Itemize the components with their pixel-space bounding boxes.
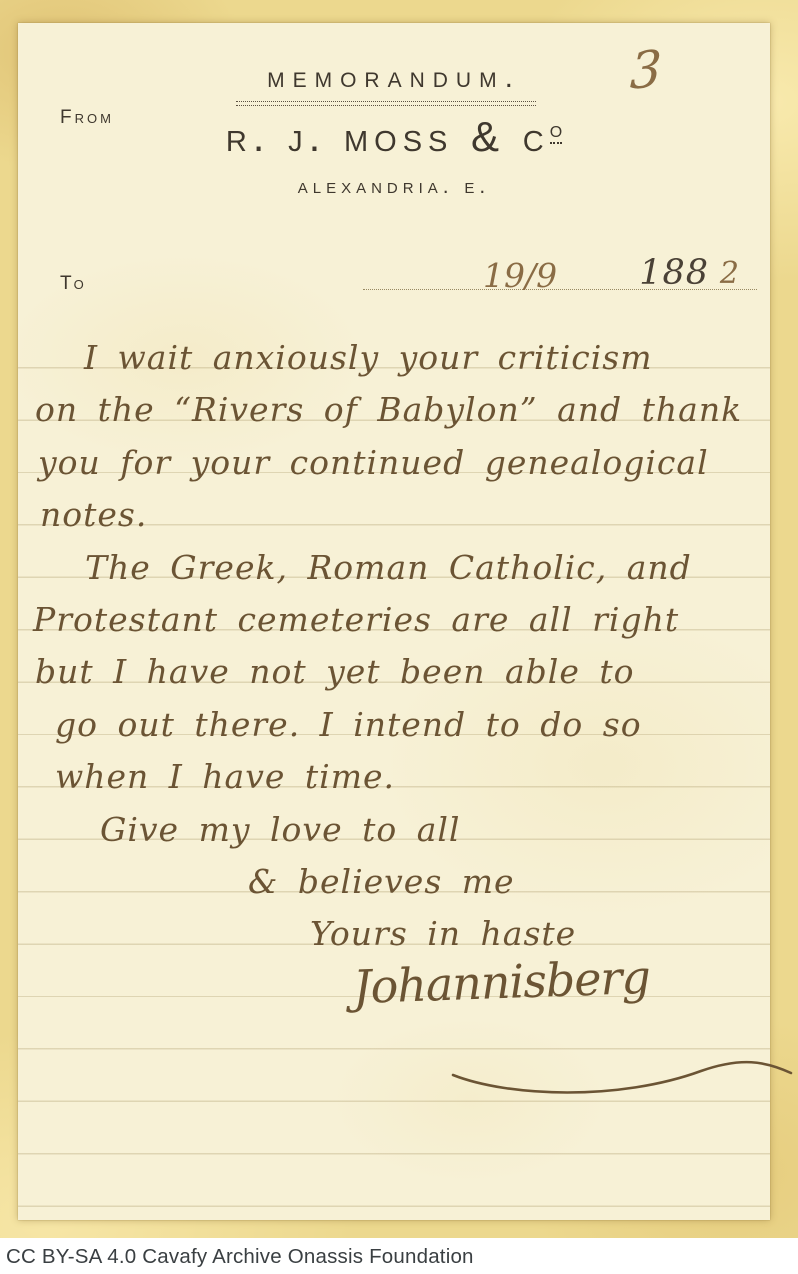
- letter-line: but I have not yet been able to: [35, 647, 770, 699]
- license-caption: CC BY-SA 4.0 Cavafy Archive Onassis Foun…: [6, 1238, 474, 1274]
- signature-flourish-stroke: [449, 1047, 798, 1107]
- company-name-text: R. J. Moss & C: [226, 113, 550, 160]
- letter-line: go out there. I intend to do so: [55, 700, 770, 752]
- letterhead-title-rule: [236, 101, 536, 106]
- page-number-annotation: 3: [629, 39, 663, 101]
- caption-bar: CC BY-SA 4.0 Cavafy Archive Onassis Foun…: [0, 1238, 798, 1274]
- letter-line: on the “Rivers of Babylon” and thank: [35, 385, 770, 437]
- date-day-month: 19/9: [483, 256, 557, 295]
- company-name: R. J. Moss & Co: [18, 113, 770, 161]
- scan-viewer: Memorandum. From R. J. Moss & Co Alexand…: [0, 0, 798, 1274]
- letter-line: Protestant cemeteries are all right: [33, 595, 770, 647]
- letter-line: you for your continued genealogical: [38, 438, 770, 490]
- to-label: To: [60, 273, 86, 295]
- signature: Johannisberg: [353, 955, 763, 1125]
- letter-line: & believes me: [248, 857, 770, 909]
- date-line: 19/9 188 2: [363, 245, 757, 290]
- letter-body: I wait anxiously your criticism on the “…: [18, 333, 770, 962]
- letter-line: when I have time.: [55, 752, 770, 804]
- date-year-final-digit: 2: [720, 256, 739, 291]
- company-sup-o: o: [550, 116, 562, 144]
- date-year-printed: 188: [639, 253, 709, 293]
- letter-line: Give my love to all: [100, 805, 770, 857]
- signature-name: Johannisberg: [352, 950, 651, 1014]
- company-location: Alexandria. E.: [18, 175, 770, 199]
- letter-line: The Greek, Roman Catholic, and: [85, 543, 770, 595]
- memorandum-page: Memorandum. From R. J. Moss & Co Alexand…: [18, 23, 770, 1220]
- letter-line: I wait anxiously your criticism: [84, 333, 770, 385]
- letter-line: notes.: [40, 490, 770, 542]
